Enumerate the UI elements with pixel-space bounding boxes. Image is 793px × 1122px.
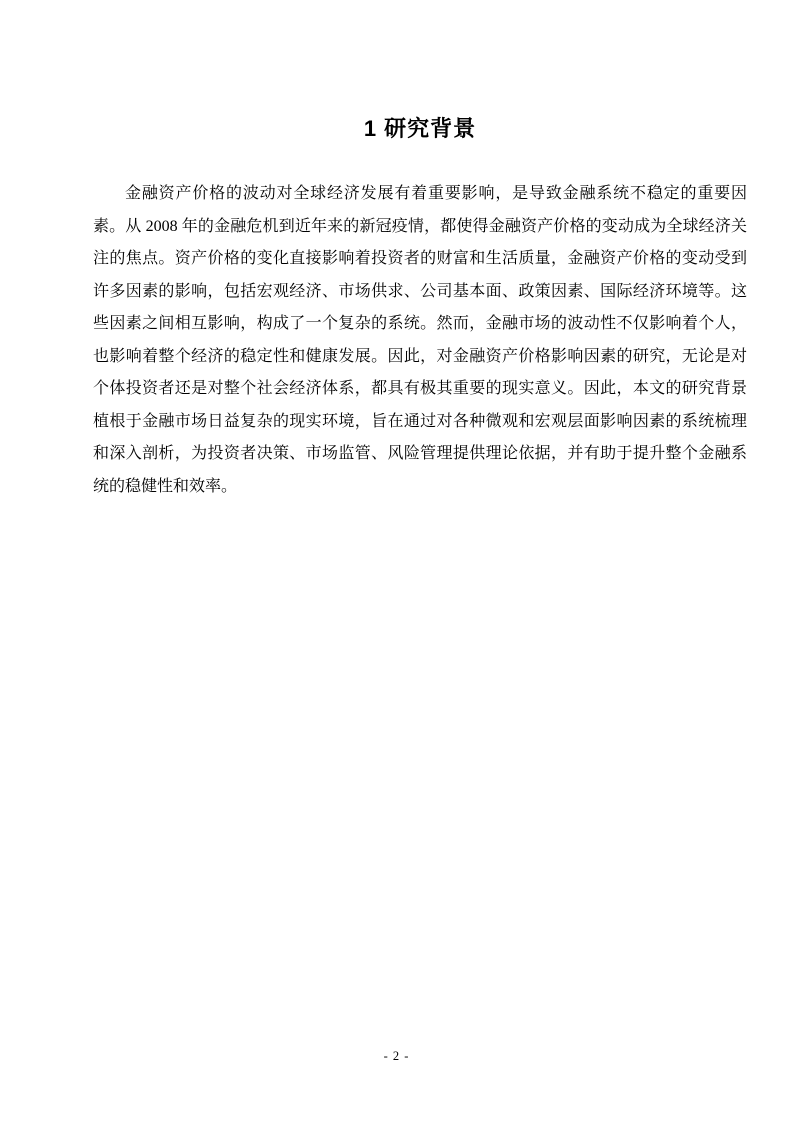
page-number: - 2 - xyxy=(384,1049,410,1063)
page-footer: - 2 - xyxy=(0,1047,793,1065)
body-paragraph: 金融资产价格的波动对全球经济发展有着重要影响，是导致金融系统不稳定的重要因素。从… xyxy=(93,178,747,503)
section-heading: 1 研究背景 xyxy=(93,114,747,144)
document-page: 1 研究背景 金融资产价格的波动对全球经济发展有着重要影响，是导致金融系统不稳定… xyxy=(0,0,793,1122)
